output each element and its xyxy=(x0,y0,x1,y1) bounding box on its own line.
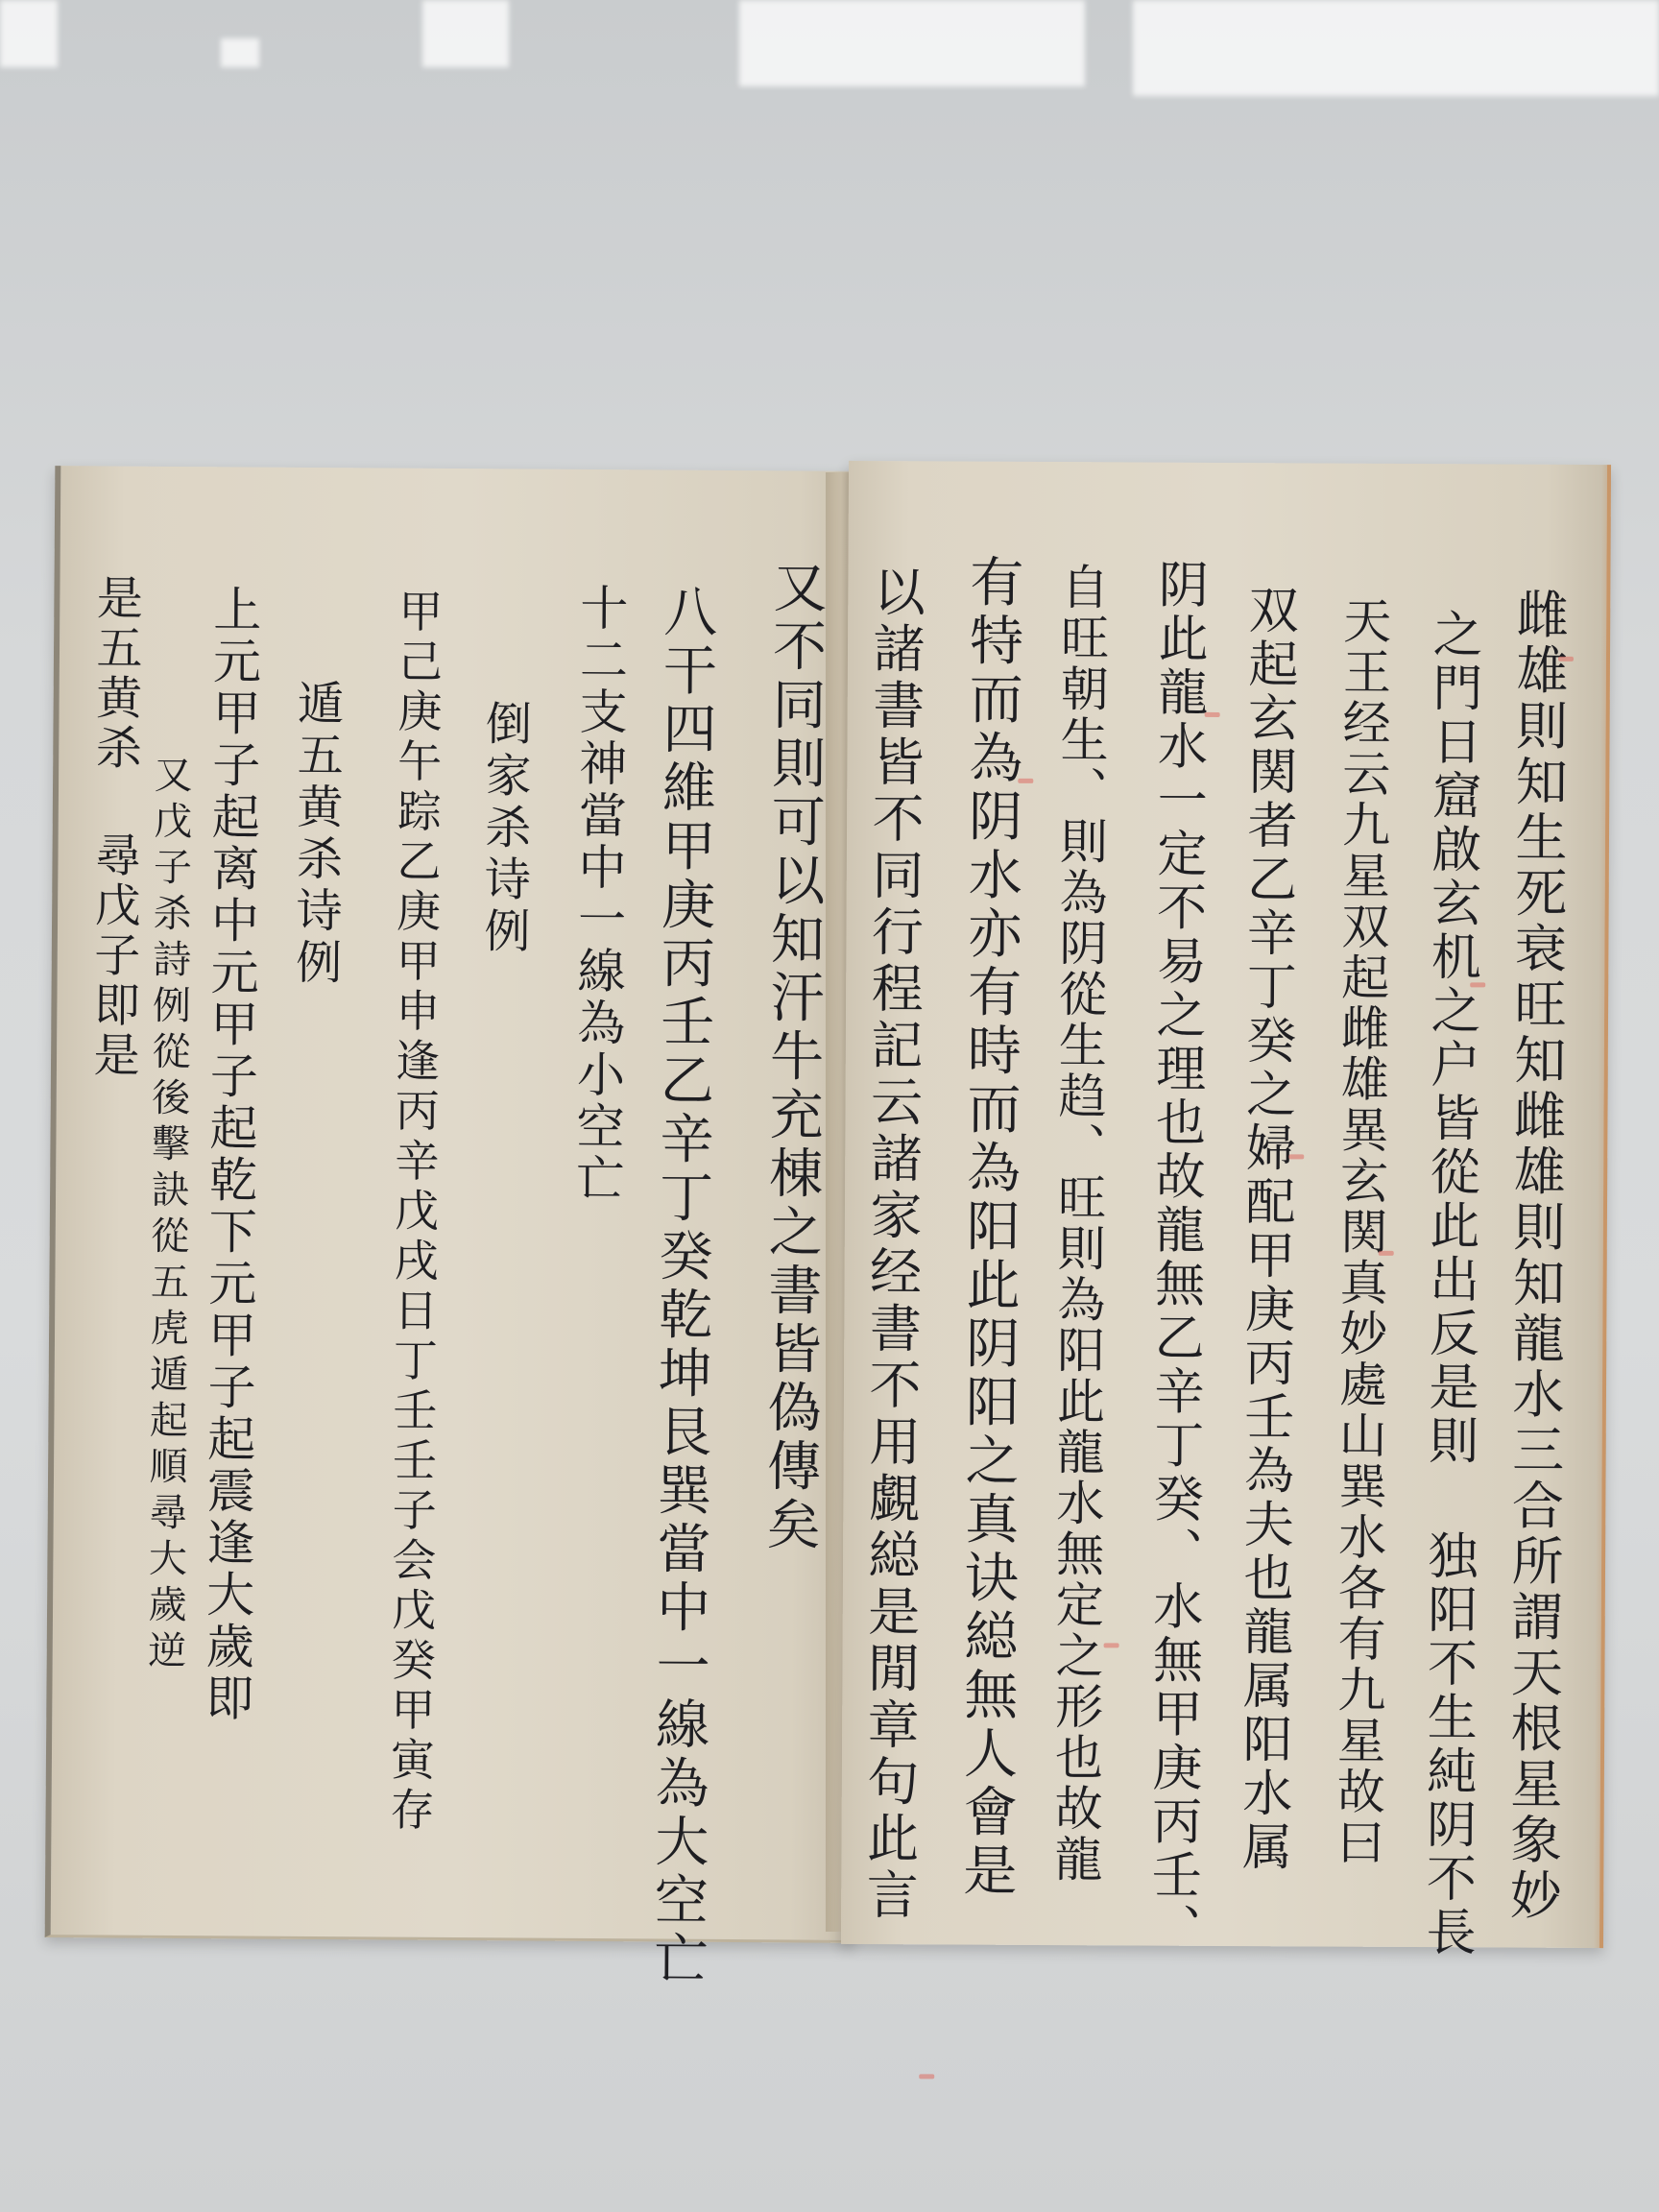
right-column-1: 雌雄則知生死衰旺知雌雄則知龍水三合所謂天根星象妙 xyxy=(1505,588,1564,1924)
right-page: 雌雄則知生死衰旺知雌雄則知龍水三合所謂天根星象妙 之門日窟啟玄机之户皆從此出反是… xyxy=(841,461,1611,1948)
right-column-5: 阴此龍水一定不易之理也故龍無乙辛丁癸、水無甲庚丙壬、 xyxy=(1146,559,1204,1957)
left-column-3: 十二支神當中一線為小空亡 xyxy=(572,583,625,1205)
right-column-7: 有特而為阴水亦有時而為阳此阴阳之真诀縂無人會是 xyxy=(958,554,1019,1901)
vermilion-mark xyxy=(1018,779,1033,783)
vermilion-mark xyxy=(1558,657,1574,661)
left-column-6-heading: 遁五黄杀诗例 xyxy=(292,679,340,990)
left-column-8: 又戊子杀詩例從後擊訣從五虎遁起順尋大歲逆 xyxy=(145,755,190,1676)
vermilion-mark xyxy=(1104,1643,1119,1647)
vermilion-mark xyxy=(1288,1154,1304,1159)
vermilion-mark xyxy=(1470,982,1485,987)
left-column-2: 八干四維甲庚丙壬乙辛丁癸乾坤艮巽當中一線為大空亡 xyxy=(649,583,712,1988)
left-column-1: 又不同則可以知汗牛充棟之書皆偽傳矣 xyxy=(761,559,822,1554)
vermilion-mark xyxy=(919,2074,934,2079)
right-column-4: 双起玄関者乙辛丁癸之婦配甲庚丙壬為夫也龍属阳水属 xyxy=(1237,584,1293,1874)
vermilion-mark xyxy=(1379,1251,1394,1256)
left-column-7: 上元甲子起离中元甲子起乾下元甲子起震逢大歲即 xyxy=(202,584,257,1724)
right-column-3: 天王经云九星双起雌雄異玄関真妙處山巽水各有九星故曰 xyxy=(1333,596,1387,1868)
left-column-9: 是五黄杀 尋戊子即是 xyxy=(89,573,139,1080)
right-column-2: 之門日窟啟玄机之户皆從此出反是則 独阳不生純阴不長 xyxy=(1421,608,1478,1960)
vermilion-mark xyxy=(1205,712,1220,717)
right-column-6: 自旺朝生、則為阴從生趋、旺則為阳此龍水無定之形也故龍 xyxy=(1050,562,1105,1885)
right-column-8: 以諸書皆不同行程記云諸家经書不用覷縂是閒章句此言 xyxy=(862,565,921,1924)
left-column-4-heading: 倒家杀诗例 xyxy=(480,699,528,958)
left-page: 又不同則可以知汗牛充棟之書皆偽傳矣 八干四維甲庚丙壬乙辛丁癸乾坤艮巽當中一線為大… xyxy=(45,466,864,1943)
manuscript-booklet: 又不同則可以知汗牛充棟之書皆偽傳矣 八干四維甲庚丙壬乙辛丁癸乾坤艮巽當中一線為大… xyxy=(0,0,1659,2212)
left-column-5: 甲己庚午踪乙庚甲申逢丙辛戊戌日丁壬壬子会戊癸甲寅存 xyxy=(387,589,440,1837)
